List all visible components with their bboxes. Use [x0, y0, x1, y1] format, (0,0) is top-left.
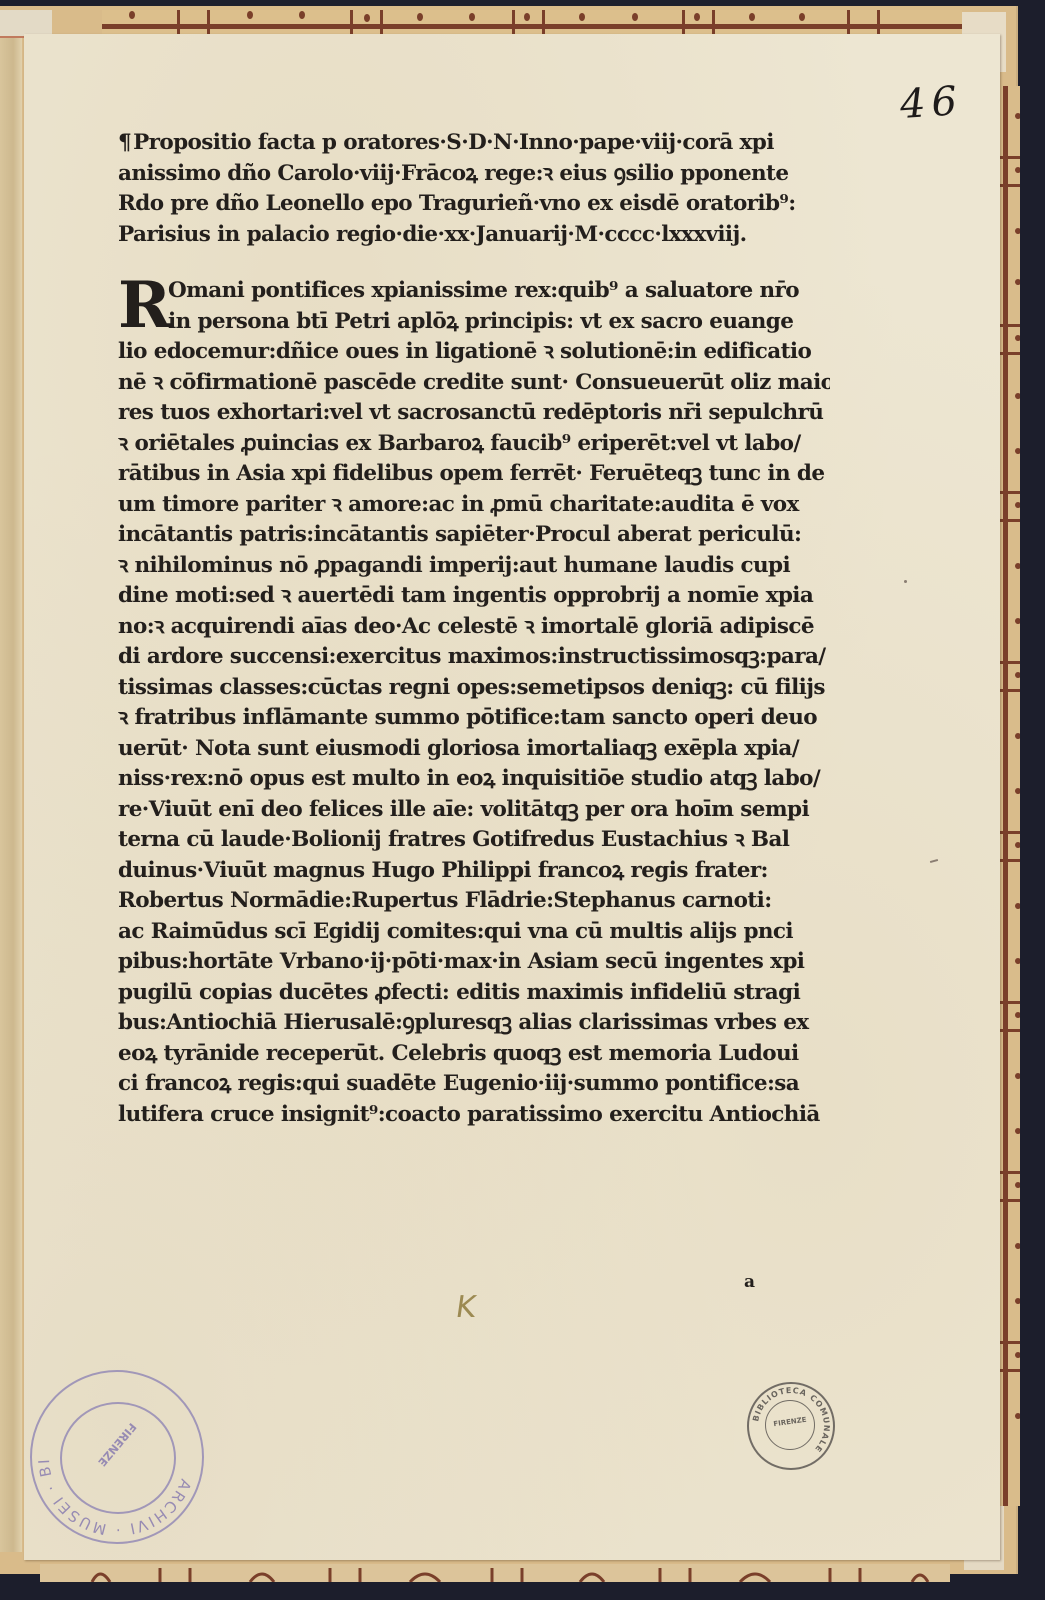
- signature-mark: a: [744, 1272, 755, 1292]
- wrapper-top-left-flap: [0, 10, 52, 36]
- handwritten-folio-number: 46: [898, 78, 964, 128]
- body-line: nē ꝛ cōfirmationē pascēde credite sunt· …: [118, 368, 830, 399]
- body-line: re·Viuūt enī deo felices ille aīe: volit…: [118, 795, 830, 826]
- stray-ink-dot: [904, 580, 907, 583]
- body-line: niss·rex:nō opus est multo in eoꝝ inquis…: [118, 764, 830, 795]
- body-line: Robertus Normādie:Rupertus Flādrie:Steph…: [118, 886, 830, 917]
- body-line: tissimas classes:cūctas regni opes:semet…: [118, 673, 830, 704]
- body-line: eoꝝ tyrānide receperūt. Celebris quoqꝫ e…: [118, 1039, 830, 1070]
- decorated-initial-letter: R: [118, 278, 171, 334]
- ornamental-border-top: [102, 10, 962, 36]
- library-stamp-biblioteca-comunale: BIBLIOTECA COMUNALE FIRENZE: [747, 1382, 835, 1470]
- body-line: Omani pontifices xpianissime rex:quib⁹ a…: [118, 276, 830, 307]
- text-block: ¶Propositio facta p oratores·S·D·N·Inno·…: [118, 128, 830, 1130]
- body-line: res tuos exhortari:vel vt sacrosanctū re…: [118, 398, 830, 429]
- incunabulum-leaf: 46 ¶Propositio facta p oratores·S·D·N·In…: [24, 34, 1000, 1560]
- heading-line: Rdo pre dño Leonello epo Tragurieñ·vno e…: [118, 189, 830, 220]
- body-line: ci francoꝝ regis:qui suadēte Eugenio·iij…: [118, 1069, 830, 1100]
- ornamental-border-bottom: [40, 1564, 950, 1582]
- body-line: ꝛ oriētales ꝓuincias ex Barbaroꝝ faucib⁹…: [118, 429, 830, 460]
- body-line: pibus:hortāte Vrbano·ij·pōti·max·in Asia…: [118, 947, 830, 978]
- heading-rubric: ¶Propositio facta p oratores·S·D·N·Inno·…: [118, 128, 830, 250]
- body-line: incātantis patris:incātantis sapiēter·Pr…: [118, 520, 830, 551]
- body-line: dine moti:sed ꝛ auertēdi tam ingentis op…: [118, 581, 830, 612]
- body-line: rātibus in Asia xpi fidelibus opem ferrē…: [118, 459, 830, 490]
- body-line: lutifera cruce insignit⁹:coacto paratiss…: [118, 1100, 830, 1131]
- body-line: terna cū laude·Bolionij fratres Gotifred…: [118, 825, 830, 856]
- stamp-ring-text: ARCHIVI · MUSEI · BIBLIOTECA ·: [32, 1372, 202, 1542]
- body-line: lio edocemur:dñice oues in ligationē ꝛ s…: [118, 337, 830, 368]
- body-text: R Omani pontifices xpianissime rex:quib⁹…: [118, 276, 830, 1130]
- body-line: um timore pariter ꝛ amore:ac in ꝓmū char…: [118, 490, 830, 521]
- heading-line: anissimo dño Carolo·viij·Frācoꝝ rege:ꝛ e…: [118, 159, 830, 190]
- wrapper-left-flap: [0, 32, 22, 1552]
- heading-line: ¶Propositio facta p oratores·S·D·N·Inno·…: [118, 128, 830, 159]
- body-line: no:ꝛ acquirendi aīas deo·Ac celestē ꝛ im…: [118, 612, 830, 643]
- body-line: di ardore succensi:exercitus maximos:ins…: [118, 642, 830, 673]
- body-line: uerūt· Nota sunt eiusmodi gloriosa imort…: [118, 734, 830, 765]
- body-line: ꝛ nihilominus nō ꝓpagandi imperij:aut hu…: [118, 551, 830, 582]
- body-line: ac Raimūdus scī Egidij comites:qui vna c…: [118, 917, 830, 948]
- stray-ink-mark: [930, 859, 938, 863]
- pencil-annotation: K: [454, 1290, 479, 1325]
- body-line: bus:Antiochiā Hierusalē:ꝯpluresqꝫ alias …: [118, 1008, 830, 1039]
- heading-line: Parisius in palacio regio·die·xx·Januari…: [118, 220, 830, 251]
- body-line: pugilū copias ducētes ꝓfecti: editis max…: [118, 978, 830, 1009]
- body-line: ꝛ fratribus inflāmante summo pōtifice:ta…: [118, 703, 830, 734]
- body-line: duinus·Viuūt magnus Hugo Philippi franco…: [118, 856, 830, 887]
- body-line: in persona btī Petri aplōꝝ principis: vt…: [118, 307, 830, 338]
- pilcrow-icon: ¶: [118, 128, 131, 159]
- library-stamp-archivi-musei: ARCHIVI · MUSEI · BIBLIOTECA · FIRENZE: [30, 1370, 204, 1544]
